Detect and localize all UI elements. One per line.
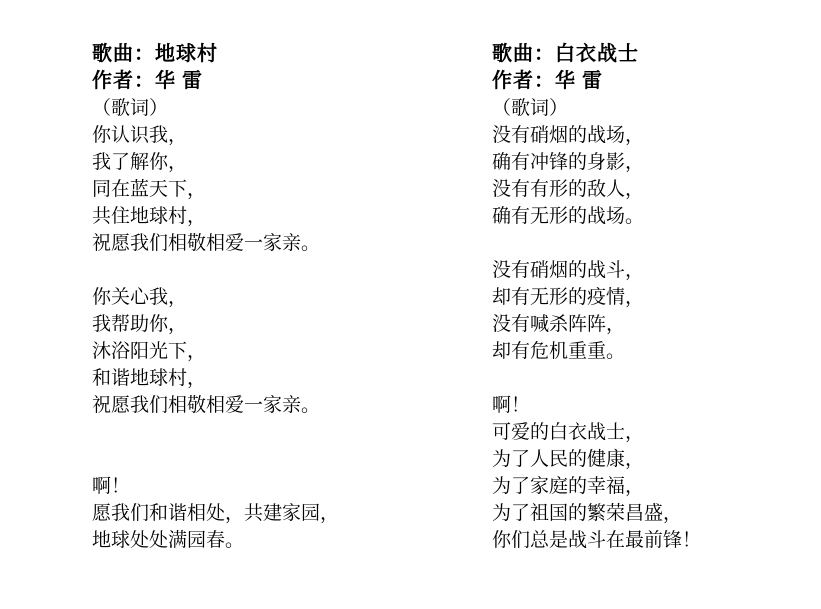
lyric-line: 祝愿我们相敬相爱一家亲。 bbox=[92, 392, 339, 419]
lyric-line: 同在蓝天下， bbox=[92, 176, 339, 203]
song-author-right: 作者：华 雷 bbox=[492, 68, 701, 95]
right-stanza-3: 啊！ 可爱的白衣战士， 为了人民的健康， 为了家庭的幸福， 为了祖国的繁荣昌盛，… bbox=[492, 392, 701, 554]
song-author-left: 作者：华 雷 bbox=[92, 68, 339, 95]
left-stanza-3: 啊！ 愿我们和谐相处，共建家园， 地球处处满园春。 bbox=[92, 473, 339, 554]
lyric-line: 我了解你， bbox=[92, 149, 339, 176]
lyric-line: 你们总是战斗在最前锋！ bbox=[492, 527, 701, 554]
lyric-line: 却有无形的疫情， bbox=[492, 284, 701, 311]
lyrics-label-left: （歌词） bbox=[92, 95, 339, 122]
lyric-line: 啊！ bbox=[492, 392, 701, 419]
lyric-line: 和谐地球村， bbox=[92, 365, 339, 392]
song-column-right: 歌曲：白衣战士 作者：华 雷 （歌词） 没有硝烟的战场， 确有冲锋的身影， 没有… bbox=[492, 41, 701, 554]
song-title-left: 歌曲：地球村 bbox=[92, 41, 339, 68]
lyric-line: 确有无形的战场。 bbox=[492, 203, 701, 230]
lyric-line: 沐浴阳光下， bbox=[92, 338, 339, 365]
song-title-right: 歌曲：白衣战士 bbox=[492, 41, 701, 68]
lyric-line: 没有有形的敌人， bbox=[492, 176, 701, 203]
song-column-left: 歌曲：地球村 作者：华 雷 （歌词） 你认识我， 我了解你， 同在蓝天下， 共住… bbox=[92, 41, 339, 554]
right-stanza-2: 没有硝烟的战斗， 却有无形的疫情， 没有喊杀阵阵， 却有危机重重。 bbox=[492, 257, 701, 365]
lyric-line: 你认识我， bbox=[92, 122, 339, 149]
lyric-line: 却有危机重重。 bbox=[492, 338, 701, 365]
right-stanza-1: 没有硝烟的战场， 确有冲锋的身影， 没有有形的敌人， 确有无形的战场。 bbox=[492, 122, 701, 230]
lyric-line: 没有喊杀阵阵， bbox=[492, 311, 701, 338]
lyric-line: 我帮助你， bbox=[92, 311, 339, 338]
lyric-line: 为了祖国的繁荣昌盛， bbox=[492, 500, 701, 527]
lyric-line: 确有冲锋的身影， bbox=[492, 149, 701, 176]
lyric-line: 祝愿我们相敬相爱一家亲。 bbox=[92, 230, 339, 257]
lyrics-label-right: （歌词） bbox=[492, 95, 701, 122]
lyric-line: 为了家庭的幸福， bbox=[492, 473, 701, 500]
lyric-line: 啊！ bbox=[92, 473, 339, 500]
lyric-line: 为了人民的健康， bbox=[492, 446, 701, 473]
left-stanza-1: 你认识我， 我了解你， 同在蓝天下， 共住地球村， 祝愿我们相敬相爱一家亲。 bbox=[92, 122, 339, 257]
lyric-line: 你关心我， bbox=[92, 284, 339, 311]
left-stanza-2: 你关心我， 我帮助你， 沐浴阳光下， 和谐地球村， 祝愿我们相敬相爱一家亲。 bbox=[92, 284, 339, 419]
document-page: 歌曲：地球村 作者：华 雷 （歌词） 你认识我， 我了解你， 同在蓝天下， 共住… bbox=[0, 0, 821, 609]
lyric-line: 没有硝烟的战斗， bbox=[492, 257, 701, 284]
lyric-line: 愿我们和谐相处，共建家园， bbox=[92, 500, 339, 527]
lyric-line: 可爱的白衣战士， bbox=[492, 419, 701, 446]
lyric-line: 地球处处满园春。 bbox=[92, 527, 339, 554]
lyric-line: 没有硝烟的战场， bbox=[492, 122, 701, 149]
lyric-line: 共住地球村， bbox=[92, 203, 339, 230]
